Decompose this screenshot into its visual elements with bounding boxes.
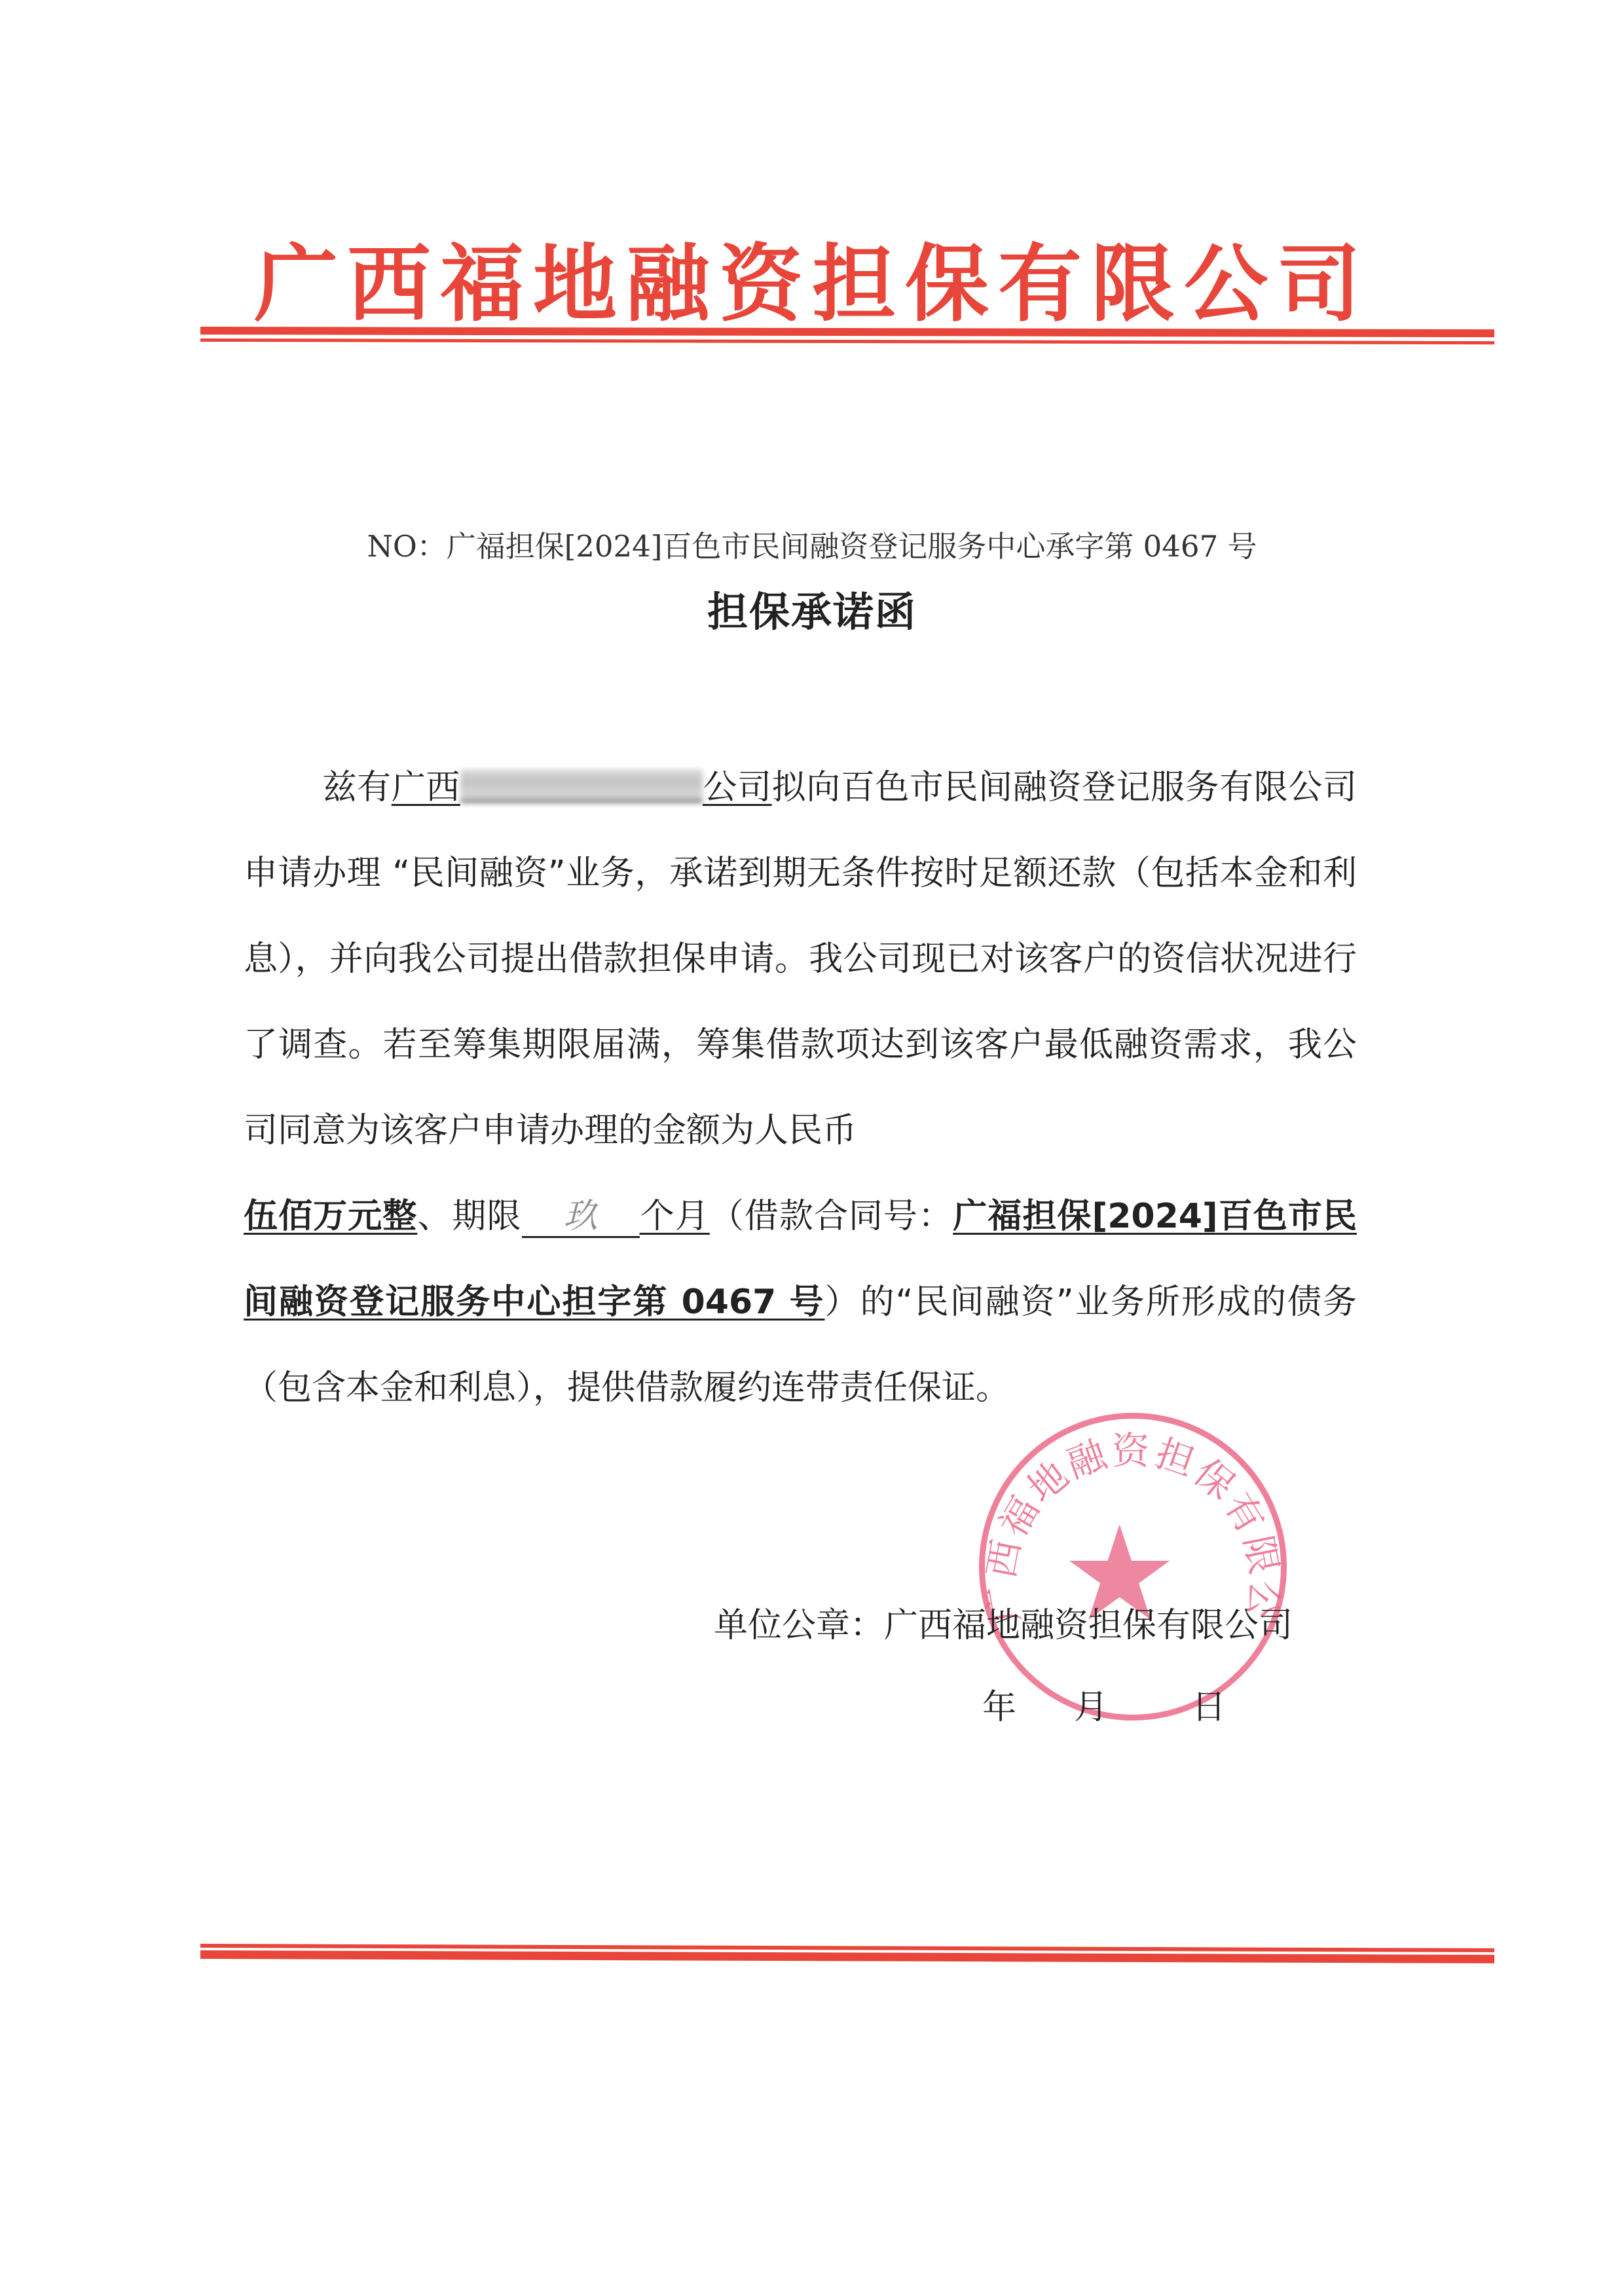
term-label: 、期限 xyxy=(417,1197,521,1236)
date-month: 月 xyxy=(1074,1679,1108,1728)
redacted-applicant-block xyxy=(460,769,703,803)
body-paragraph: 兹有广西公司拟向百色市民间融资登记服务有限公司申请办理 “民间融资”业务，承诺到… xyxy=(244,745,1357,1431)
seal-label: 单位公章：广西福地融资担保有限公司 xyxy=(714,1597,1293,1647)
term-unit: 个月 xyxy=(640,1197,710,1236)
applicant-name: 广西公司 xyxy=(392,768,772,807)
applicant-name-start: 广西 xyxy=(392,768,460,807)
document-number: NO：广福担保[2024]百色市民间融资登记服务中心承字第 0467 号 xyxy=(0,524,1624,570)
date-day: 日 xyxy=(1192,1679,1226,1728)
applicant-name-end: 公司 xyxy=(703,768,772,807)
body-text-main: 拟向百色市民间融资登记服务有限公司申请办理 “民间融资”业务，承诺到期无条件按时… xyxy=(244,768,1357,1150)
guarantee-amount: 伍佰万元整 xyxy=(244,1197,417,1236)
document-title: 担保承诺函 xyxy=(0,579,1624,638)
term-blank: 玖 xyxy=(522,1197,640,1238)
letterhead-company-name: 广西福地融资担保有限公司 xyxy=(0,236,1624,334)
letterhead-rule-thin xyxy=(200,338,1494,344)
date-year: 年 xyxy=(982,1679,1016,1728)
contract-label: （借款合同号： xyxy=(710,1197,953,1236)
body-prefix: 兹有 xyxy=(322,768,392,807)
term-handwritten-value: 玖 xyxy=(564,1197,598,1236)
footer-rule-thick xyxy=(200,1950,1494,1963)
